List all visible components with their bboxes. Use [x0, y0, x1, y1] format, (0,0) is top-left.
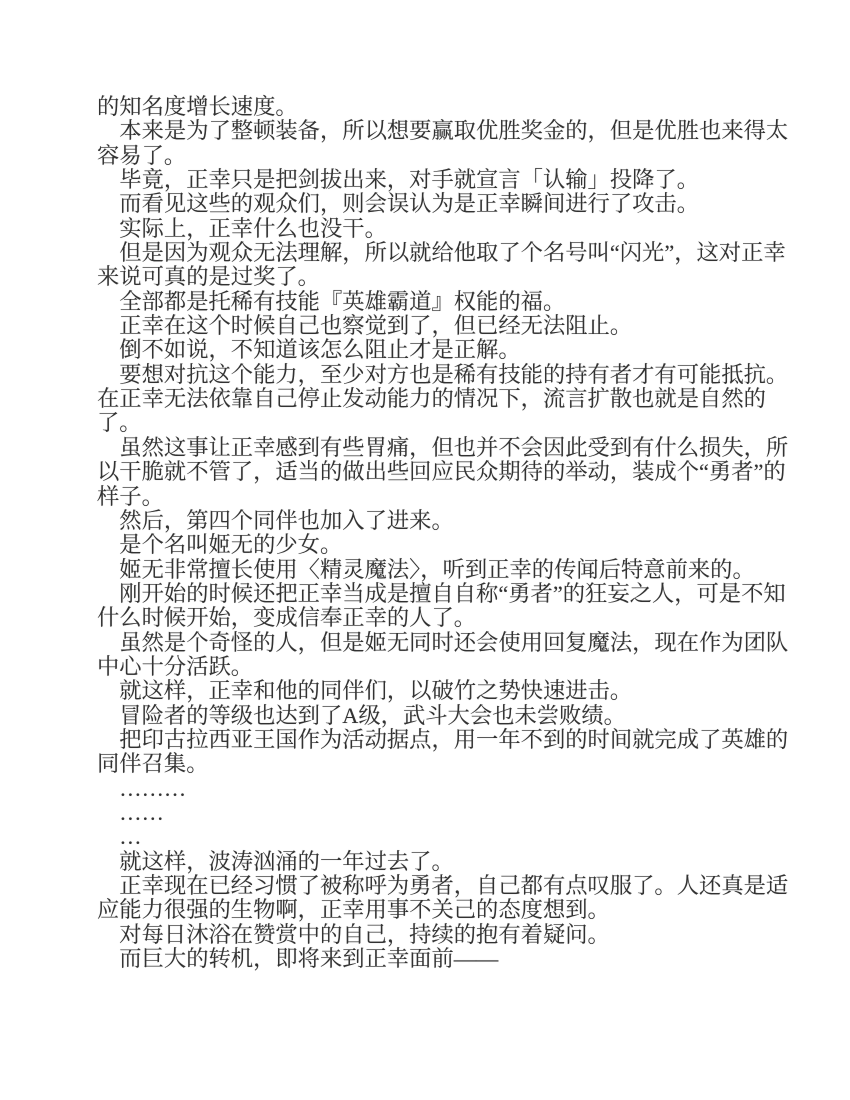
- text-line: 把印古拉西亚王国作为活动据点，用一年不到的时间就完成了英雄的: [97, 728, 797, 752]
- text-line: 正幸在这个时候自己也察觉到了，但已经无法阻止。: [97, 314, 797, 338]
- text-line: 正幸现在已经习惯了被称呼为勇者，自己都有点叹服了。人还真是适: [97, 874, 797, 898]
- text-line: 的知名度增长速度。: [97, 95, 797, 119]
- text-line: 姬无非常擅长使用〈精灵魔法〉，听到正幸的传闻后特意前来的。: [97, 558, 797, 582]
- text-line: 本来是为了整顿装备，所以想要赢取优胜奖金的，但是优胜也来得太: [97, 119, 797, 143]
- text-line: 毕竟，正幸只是把剑拔出来，对手就宣言「认输」投降了。: [97, 168, 797, 192]
- text-line: 就这样，波涛汹涌的一年过去了。: [97, 850, 797, 874]
- text-line: 同伴召集。: [97, 752, 797, 776]
- text-line: 什么时候开始，变成信奉正幸的人了。: [97, 606, 797, 630]
- text-line: 是个名叫姬无的少女。: [97, 533, 797, 557]
- novel-page: 的知名度增长速度。 本来是为了整顿装备，所以想要赢取优胜奖金的，但是优胜也来得太…: [0, 0, 850, 1100]
- text-line: ……: [97, 801, 797, 825]
- text-line: 但是因为观众无法理解，所以就给他取了个名号叫“闪光”，这对正幸: [97, 241, 797, 265]
- text-line: 刚开始的时候还把正幸当成是擅自自称“勇者”的狂妄之人，可是不知: [97, 582, 797, 606]
- text-line: ………: [97, 777, 797, 801]
- text-line: 然后，第四个同伴也加入了进来。: [97, 509, 797, 533]
- text-line: 应能力很强的生物啊，正幸用事不关己的态度想到。: [97, 898, 797, 922]
- text-line: 而看见这些的观众们，则会误认为是正幸瞬间进行了攻击。: [97, 192, 797, 216]
- novel-text-block: 的知名度增长速度。 本来是为了整顿装备，所以想要赢取优胜奖金的，但是优胜也来得太…: [97, 95, 797, 971]
- text-line: …: [97, 825, 797, 849]
- text-line: 全部都是托稀有技能『英雄霸道』权能的福。: [97, 290, 797, 314]
- text-line: 了。: [97, 411, 797, 435]
- text-line: 来说可真的是过奖了。: [97, 265, 797, 289]
- text-line: 实际上，正幸什么也没干。: [97, 217, 797, 241]
- text-line: 以干脆就不管了，适当的做出些回应民众期待的举动，装成个“勇者”的: [97, 460, 797, 484]
- text-line: 虽然是个奇怪的人，但是姬无同时还会使用回复魔法，现在作为团队: [97, 631, 797, 655]
- text-line: 倒不如说，不知道该怎么阻止才是正解。: [97, 338, 797, 362]
- text-line: 要想对抗这个能力，至少对方也是稀有技能的持有者才有可能抵抗。: [97, 363, 797, 387]
- text-line: 虽然这事让正幸感到有些胃痛，但也并不会因此受到有什么损失，所: [97, 436, 797, 460]
- text-line: 中心十分活跃。: [97, 655, 797, 679]
- text-line: 在正幸无法依靠自己停止发动能力的情况下，流言扩散也就是自然的: [97, 387, 797, 411]
- text-line: 就这样，正幸和他的同伴们，以破竹之势快速进击。: [97, 679, 797, 703]
- text-line: 而巨大的转机，即将来到正幸面前——: [97, 947, 797, 971]
- text-line: 对每日沐浴在赞赏中的自己，持续的抱有着疑问。: [97, 923, 797, 947]
- text-line: 样子。: [97, 485, 797, 509]
- text-line: 冒险者的等级也达到了A级，武斗大会也未尝败绩。: [97, 704, 797, 728]
- text-line: 容易了。: [97, 144, 797, 168]
